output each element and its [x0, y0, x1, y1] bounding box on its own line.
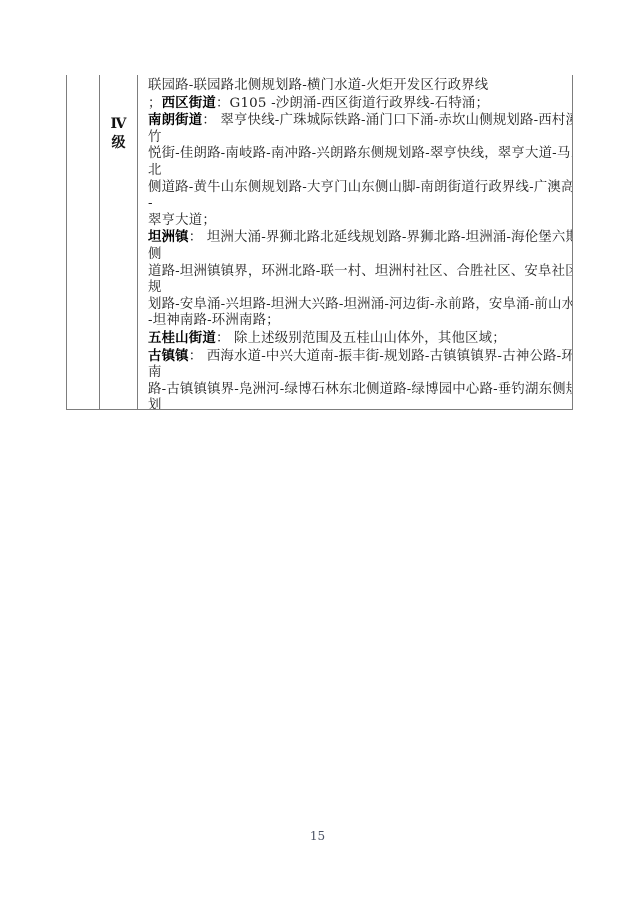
text-segment: 北	[148, 163, 162, 178]
text-segment: ： 西海水道-中兴大道南-振丰街-规划路-古镇镇镇界-古神公路-环镇	[189, 349, 573, 364]
content-line: 竹	[148, 130, 568, 147]
text-segment: 悦街-佳朗路-南岐路-南冲路-兴朗路东侧规划路-翠亨快线，翠亨大道-马山	[148, 146, 573, 161]
street-name-segment: 南朗街道	[148, 112, 202, 128]
content-line: 北	[148, 163, 568, 180]
content-line: -	[148, 196, 568, 213]
content-line: 悦街-佳朗路-南岐路-南冲路-兴朗路东侧规划路-翠亨快线，翠亨大道-马山	[148, 146, 568, 163]
text-segment: 道路-坦洲镇镇界，环洲北路-联一村、坦洲村社区、合胜社区、安阜社区	[148, 264, 573, 279]
page-number: 15	[0, 829, 635, 843]
text-segment: 侧道路-黄牛山东侧规划路-大亨门山东侧山脚-南朗街道行政界线-广澳高速	[148, 180, 573, 195]
table-col-level: Ⅳ 级	[99, 75, 137, 409]
text-segment: ： 除上述级别范围及五桂山山体外，其他区域；	[216, 331, 506, 346]
level-label-roman: Ⅳ	[100, 115, 137, 134]
content-line: 坦洲镇： 坦洲大涌-界狮北路北延线规划路-界狮北路-坦洲涌-海伦堡六期北	[148, 229, 568, 247]
content-line: 道路-坦洲镇镇界，环洲北路-联一村、坦洲村社区、合胜社区、安阜社区	[148, 264, 568, 281]
table-col-empty	[66, 75, 99, 409]
text-segment: ；	[148, 96, 162, 111]
text-segment: 联园路-联园路北侧规划路-横门水道-火炬开发区行政界线	[148, 78, 488, 93]
text-segment: ： 坦洲大涌-界狮北路北延线规划路-界狮北路-坦洲涌-海伦堡六期北	[189, 230, 573, 245]
text-segment: 竹	[148, 130, 162, 145]
content-line: 南	[148, 365, 568, 382]
content-line: 侧道路-黄牛山东侧规划路-大亨门山东侧山脚-南朗街道行政界线-广澳高速	[148, 180, 568, 197]
content-line: 南朗街道： 翠亨快线-广珠城际铁路-涌门口下涌-赤坎山侧规划路-西村溪-	[148, 112, 568, 130]
content-line: -坦神南路-环洲南路；	[148, 313, 568, 330]
street-name-segment: 五桂山街道	[148, 330, 216, 346]
text-segment: 划	[148, 398, 162, 409]
text-segment: ：G105 -沙朗涌-西区街道行政界线-石特涌；	[216, 96, 489, 111]
text-segment: 翠亨大道；	[148, 213, 216, 228]
level-label: Ⅳ 级	[100, 115, 137, 153]
text-segment: ： 翠亨快线-广珠城际铁路-涌门口下涌-赤坎山侧规划路-西村溪-	[202, 113, 573, 128]
content-line: 联园路-联园路北侧规划路-横门水道-火炬开发区行政界线	[148, 78, 568, 95]
text-segment: 南	[148, 365, 162, 380]
content-line: 划路-安阜涌-兴坦路-坦洲大兴路-坦洲涌-河边街-永前路，安阜涌-前山水道	[148, 297, 568, 314]
content-line: 规	[148, 280, 568, 297]
content-line: 翠亨大道；	[148, 213, 568, 230]
text-segment: -	[148, 196, 153, 211]
street-name-segment: 坦洲镇	[148, 229, 189, 245]
table-col-content: 联园路-联园路北侧规划路-横门水道-火炬开发区行政界线；西区街道：G105 -沙…	[137, 75, 573, 409]
text-segment: 划路-安阜涌-兴坦路-坦洲大兴路-坦洲涌-河边街-永前路，安阜涌-前山水道	[148, 297, 573, 312]
content-line: 五桂山街道： 除上述级别范围及五桂山山体外，其他区域；	[148, 330, 568, 348]
content-line: 划	[148, 398, 568, 409]
content-line: 古镇镇： 西海水道-中兴大道南-振丰街-规划路-古镇镇镇界-古神公路-环镇	[148, 348, 568, 366]
content-line: ；西区街道：G105 -沙朗涌-西区街道行政界线-石特涌；	[148, 95, 568, 113]
content-lines: 联园路-联园路北侧规划路-横门水道-火炬开发区行政界线；西区街道：G105 -沙…	[148, 78, 568, 409]
content-line: 侧	[148, 247, 568, 264]
street-name-segment: 古镇镇	[148, 348, 189, 364]
text-segment: 路-古镇镇镇界-凫洲河-绿博石林东北侧道路-绿博园中心路-垂钓湖东侧规	[148, 382, 573, 397]
text-segment: -坦神南路-环洲南路；	[148, 313, 280, 328]
street-name-segment: 西区街道	[162, 95, 216, 111]
text-segment: 规	[148, 280, 162, 295]
level-label-char: 级	[100, 134, 137, 153]
text-segment: 侧	[148, 247, 162, 262]
content-line: 路-古镇镇镇界-凫洲河-绿博石林东北侧道路-绿博园中心路-垂钓湖东侧规	[148, 382, 568, 399]
road-level-table: Ⅳ 级 联园路-联园路北侧规划路-横门水道-火炬开发区行政界线；西区街道：G10…	[66, 75, 573, 410]
